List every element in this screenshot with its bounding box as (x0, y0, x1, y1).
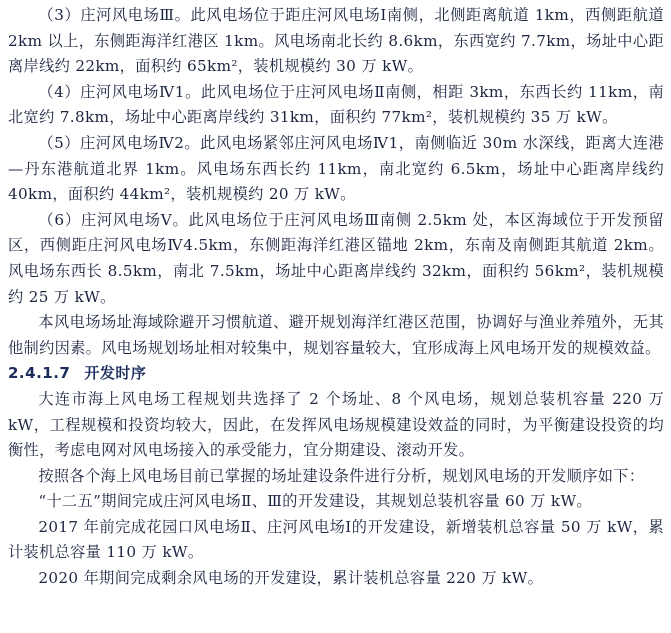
paragraph-site-constraints: 本风电场场址海域除避开习惯航道、避开规划海洋红港区范围，协调好与渔业养殖外，无其… (8, 310, 664, 361)
paragraph-development-order-intro: 按照各个海上风电场目前已掌握的场址建设条件进行分析，规划风电场的开发顺序如下： (8, 464, 664, 490)
paragraph-wind-farm-3: （3）庄河风电场Ⅲ。此风电场位于距庄河风电场Ⅰ南侧，北侧距离航道 1km，西侧距… (8, 3, 664, 80)
document-page: （3）庄河风电场Ⅲ。此风电场位于距庄河风电场Ⅰ南侧，北侧距离航道 1km，西侧距… (8, 3, 664, 592)
section-title: 开发时序 (84, 364, 146, 382)
paragraph-wind-farm-4-2: （5）庄河风电场Ⅳ2。此风电场紧邻庄河风电场Ⅳ1，南侧临近 30m 水深线，距离… (8, 131, 664, 208)
section-heading: 2.4.1.7开发时序 (8, 361, 664, 387)
paragraph-phase-2017: 2017 年前完成花园口风电场Ⅱ、庄河风电场Ⅰ的开发建设，新增装机总容量 50 … (8, 515, 664, 566)
paragraph-phase-12th-five-year: “十二五”期间完成庄河风电场Ⅱ、Ⅲ的开发建设，其规划总装机容量 60 万 kW。 (8, 489, 664, 515)
section-number: 2.4.1.7 (8, 364, 70, 382)
paragraph-development-overview: 大连市海上风电场工程规划共选择了 2 个场址、8 个风电场，规划总装机容量 22… (8, 387, 664, 464)
paragraph-phase-2020: 2020 年期间完成剩余风电场的开发建设，累计装机总容量 220 万 kW。 (8, 566, 664, 592)
paragraph-wind-farm-4-1: （4）庄河风电场Ⅳ1。此风电场位于庄河风电场Ⅱ南侧，相距 3km，东西长约 11… (8, 80, 664, 131)
paragraph-wind-farm-5: （6）庄河风电场Ⅴ。此风电场位于庄河风电场Ⅲ南侧 2.5km 处，本区海域位于开… (8, 208, 664, 310)
